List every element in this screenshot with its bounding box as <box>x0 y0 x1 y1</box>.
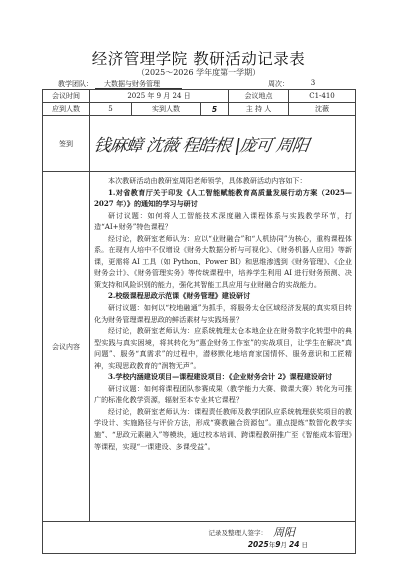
meeting-place-value: C1-410 <box>289 90 356 103</box>
section1-discussion: 经讨论，教研室老师认为：应以“业财融合”和“人机协同”为核心，重构课程体系。在现… <box>94 233 352 291</box>
host-label: 主 持 人 <box>229 103 289 116</box>
team-value: 大数据与财务管理 <box>95 79 182 89</box>
date-year: 2025 <box>248 540 269 549</box>
footer-cell: 记录及整理人签字： 周阳 2025年9月 24 日 <box>43 522 356 554</box>
team-label: 教学团队： <box>58 79 93 89</box>
section3-heading: 3.学校内涵建设项目—课程建设项目：《企业财务会计 2》课程建设研讨 <box>94 371 352 383</box>
attendance-row: 应到人数 5 实到人数 5 主 持 人 沈薇 <box>43 103 356 116</box>
section3-topic: 研讨议题：如何将课程团队参赛成果（教学能力大赛、微课大赛）转化为可推广的标准化教… <box>94 383 352 406</box>
section2-discussion: 经讨论，教研室老师认为：应系统梳理太仓本地企业在财务数字化转型中的典型实践与真实… <box>94 325 352 371</box>
meeting-time-row: 会议时间 2025 年 9 月 24 日 会议地点 C1-410 <box>43 90 356 103</box>
signin-label: 签到 <box>43 116 90 172</box>
semester-subtitle: （2025～2026 学年度第一学期） <box>0 67 397 78</box>
recorder-label: 记录及整理人签字： <box>209 529 268 537</box>
section1-topic: 研讨议题：如何将人工智能技术深度融入课程体系与实践教学环节，打造“AI+财务”特… <box>94 210 352 233</box>
section1-heading: 1.对省教育厅关于印发《人工智能赋能教育高质量发展行动方案（2025—2027 … <box>94 187 352 210</box>
date-month-suffix: 月 <box>280 541 287 549</box>
actual-attendance-value: 5 <box>201 103 229 116</box>
actual-attendance-label: 实到人数 <box>132 103 201 116</box>
week-label: 周次： <box>268 79 289 89</box>
meeting-time-label: 会议时间 <box>43 90 90 103</box>
expected-attendance-value: 5 <box>90 103 132 116</box>
handwritten-signatures: 钱麻蟑 沈薇 程皓根 |庞可 周阳 <box>88 131 357 156</box>
section3-discussion: 经讨论，教研室老师认为：课程责任教师及教学团队应系统梳理获奖项目的教学设计、实施… <box>94 406 352 452</box>
recorder-signature: 周阳 <box>273 524 295 540</box>
date-day-suffix: 日 <box>302 541 309 549</box>
recorder-line: 记录及整理人签字： 周阳 <box>43 522 355 537</box>
signin-row: 签到 钱麻蟑 沈薇 程皓根 |庞可 周阳 <box>43 116 356 172</box>
content-intro: 本次教研活动由教研室周阳老师领学，具体教研活动内容如下： <box>94 175 352 187</box>
date-day: 24 <box>289 540 299 549</box>
expected-attendance-label: 应到人数 <box>43 103 90 116</box>
page-title: 经济管理学院 教研活动记录表 <box>0 47 397 69</box>
section2-heading: 2.校级课程思政示范课《财务管理》建设研讨 <box>94 290 352 302</box>
content-label: 会议内容 <box>43 172 90 522</box>
section2-topic: 研讨议题：如何以“校地融通”为抓手，将服务太仓区域经济发展的真实项目转化为财务管… <box>94 302 352 325</box>
signin-cell: 钱麻蟑 沈薇 程皓根 |庞可 周阳 <box>90 116 356 172</box>
content-cell: 本次教研活动由教研室周阳老师领学，具体教研活动内容如下： 1.对省教育厅关于印发… <box>90 172 356 522</box>
record-table: 会议时间 2025 年 9 月 24 日 会议地点 C1-410 应到人数 5 … <box>42 89 356 554</box>
content-row: 会议内容 本次教研活动由教研室周阳老师领学，具体教研活动内容如下： 1.对省教育… <box>43 172 356 522</box>
meeting-place-label: 会议地点 <box>229 90 289 103</box>
footer-row: 记录及整理人签字： 周阳 2025年9月 24 日 <box>43 522 356 554</box>
record-date: 2025年9月 24 日 <box>43 537 355 549</box>
host-value: 沈薇 <box>289 103 356 116</box>
meeting-time-value: 2025 年 9 月 24 日 <box>90 90 229 103</box>
